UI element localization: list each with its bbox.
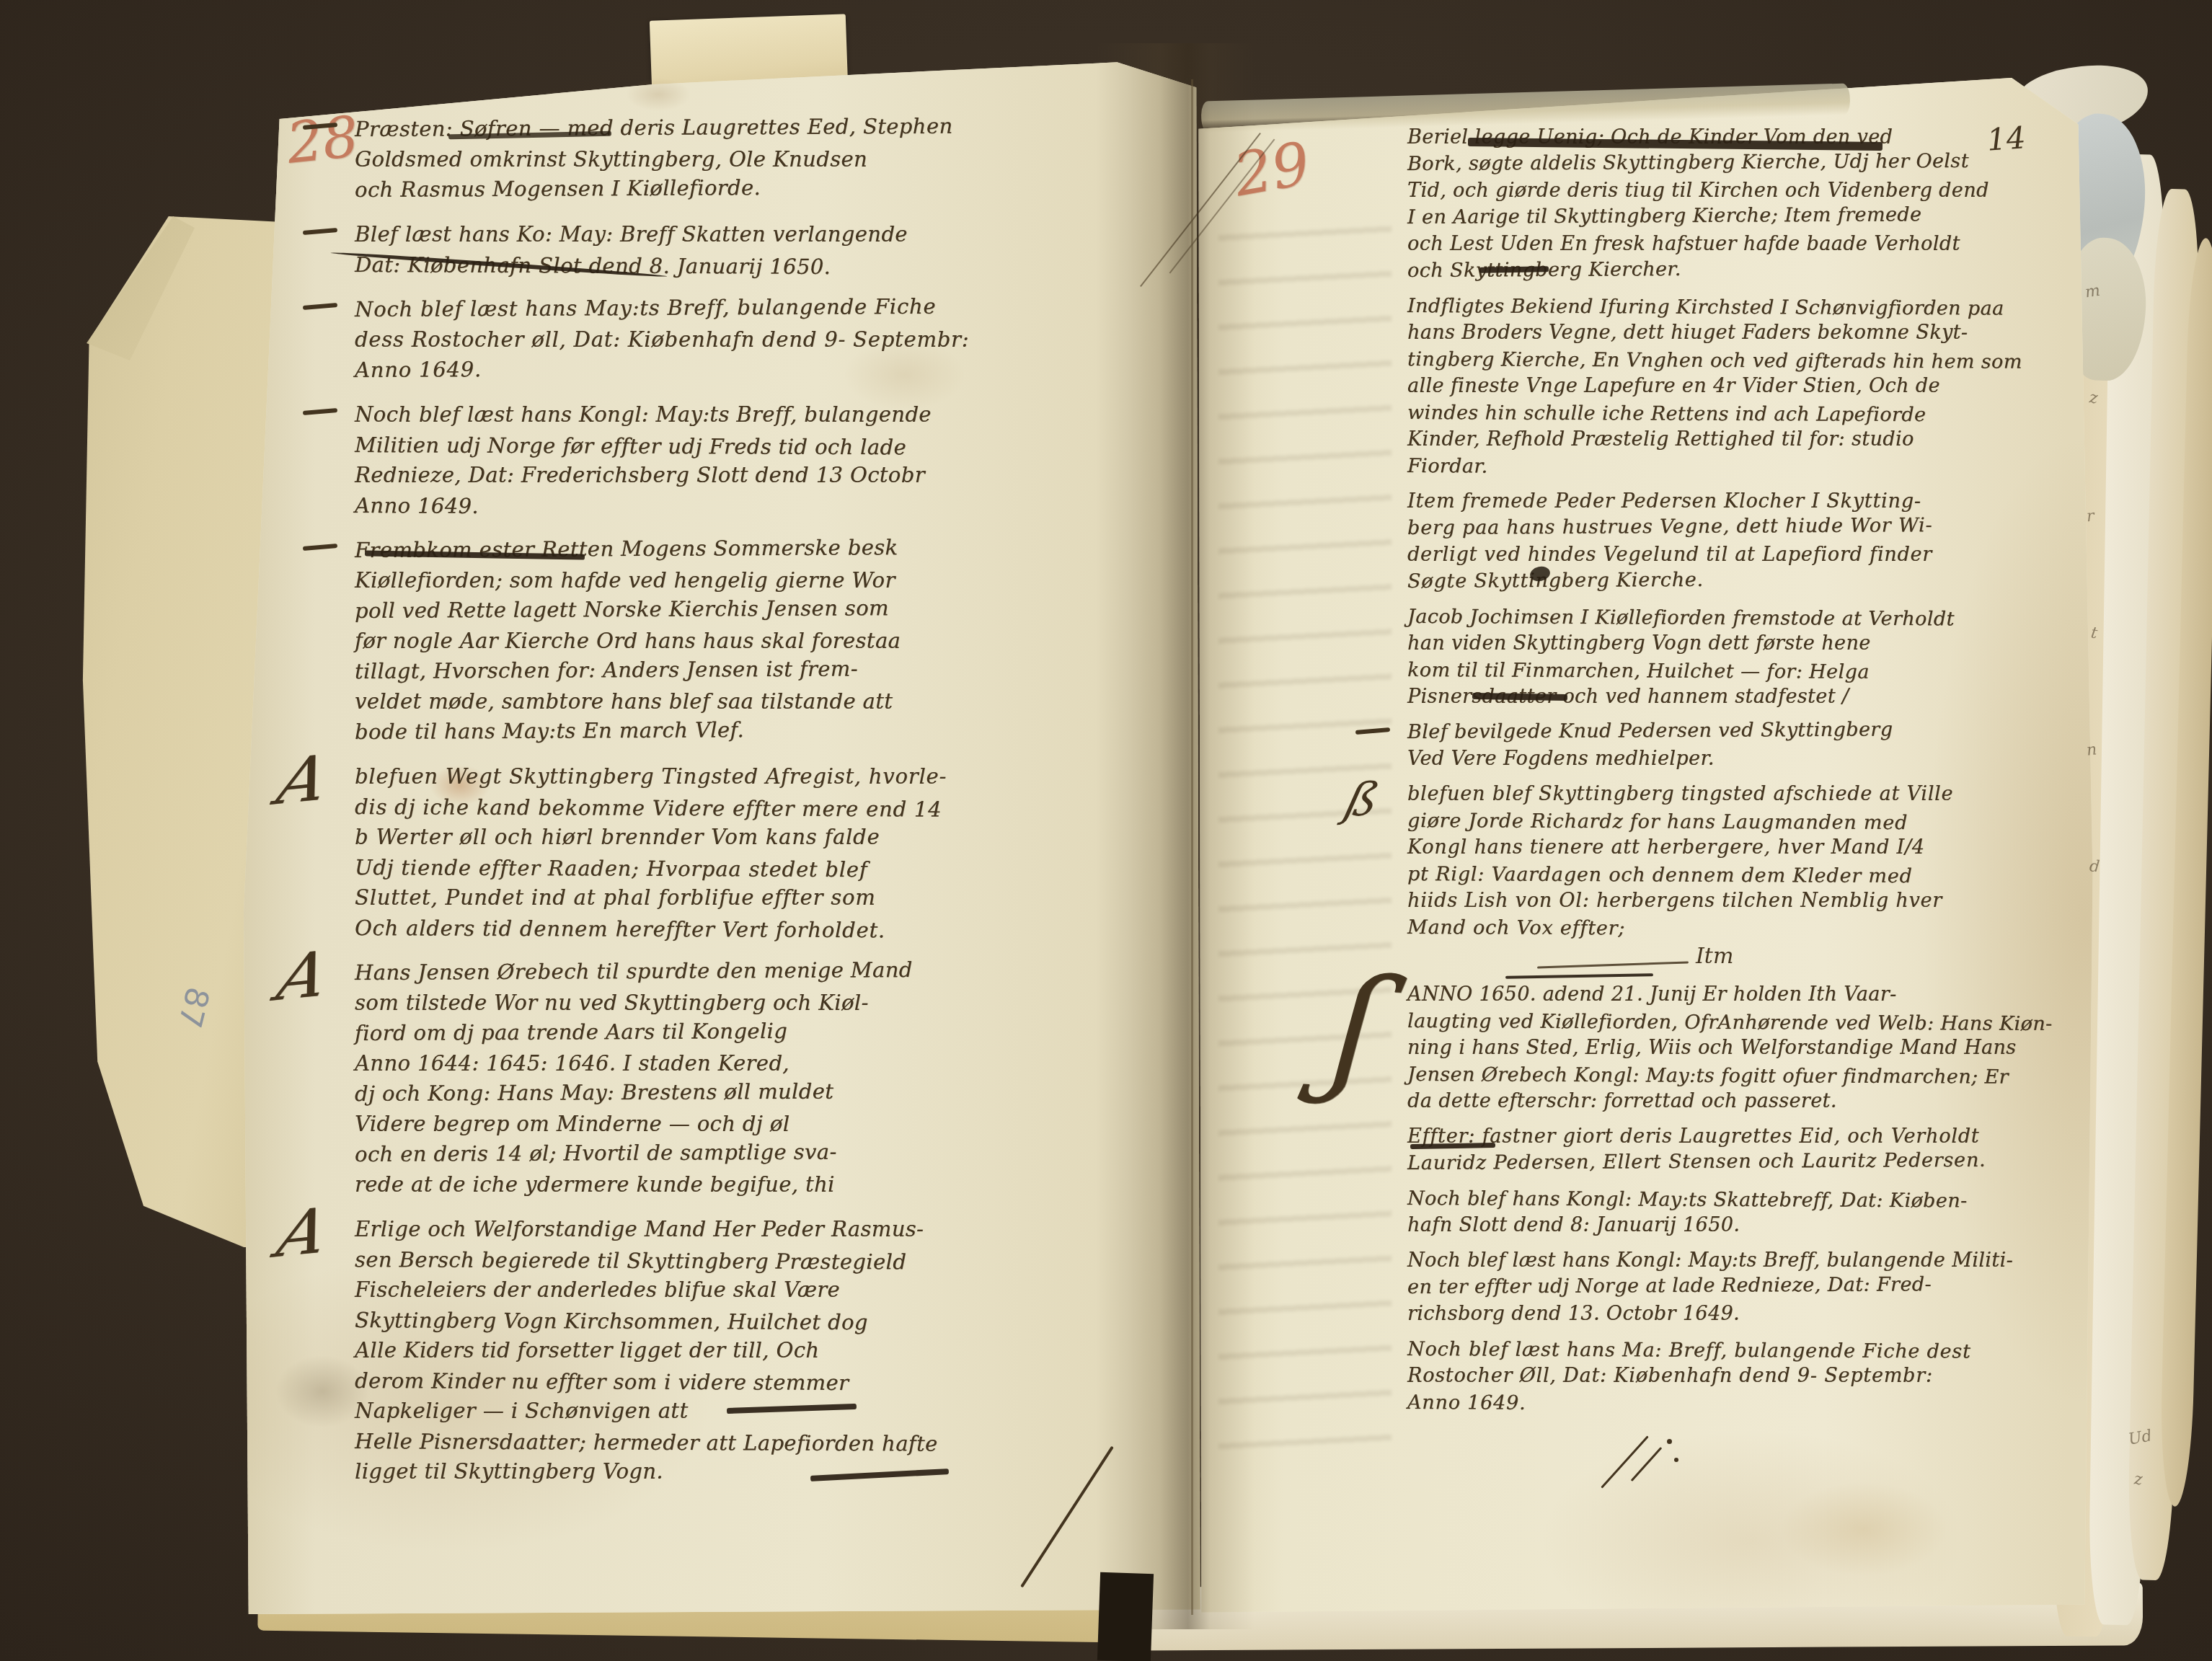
handwritten-line: windes hin schulle iche Rettens ind ach … — [1407, 399, 2121, 429]
handwritten-line: han viden Skyttingberg Vogn dett første … — [1407, 630, 2121, 657]
manuscript-paragraph: Noch blef læst hans Kongl: May:ts Breff,… — [1407, 1247, 2121, 1327]
handwritten-line: Rostocher Øll, Dat: Kiøbenhafn dend 9- S… — [1407, 1363, 2121, 1389]
manuscript-paragraph: AHans Jensen Ørebech til spurdte den men… — [355, 957, 1126, 1200]
handwritten-line: Och alders tid dennem hereffter Vert for… — [355, 913, 1126, 947]
handwritten-line: b Werter øll och hiørl brennder Vom kans… — [355, 822, 1126, 852]
handwritten-line: Helle Pisnersdaatter; hermeder att Lapef… — [355, 1426, 1126, 1460]
handwritten-line: da dette efterschr: forrettad och passer… — [1407, 1088, 2121, 1115]
paper-stain — [626, 78, 691, 111]
left-page-text-column: Præsten: Søfren — med deris Laugrettes E… — [355, 114, 1126, 1501]
handwritten-line: Frembkom ester Retten Mogens Sommerske b… — [355, 531, 1126, 565]
edge-text-fragment: m — [2084, 282, 2101, 302]
manuscript-paragraph: Frembkom ester Retten Mogens Sommerske b… — [355, 535, 1126, 747]
handwritten-line: Fischeleiers der anderledes blifue skal … — [355, 1275, 1126, 1305]
handwritten-line: Blef læst hans Ko: May: Breff Skatten ve… — [355, 219, 1126, 249]
pen-flourish-dot — [1674, 1458, 1678, 1462]
handwritten-line: hafn Slott dend 8: Januarij 1650. — [1407, 1212, 2121, 1239]
separator-label: Itm — [1696, 944, 1733, 969]
paper-stain — [275, 1355, 369, 1427]
manuscript-paragraph: Præsten: Søfren — med deris Laugrettes E… — [355, 114, 1126, 205]
handwritten-line: Noch blef læst hans May:ts Breff, bulang… — [355, 290, 1126, 324]
handwritten-line: pt Rigl: Vaardagen och dennem dem Kleder… — [1407, 861, 2121, 890]
handwritten-line: Ved Vere Fogdens medhielper. — [1407, 745, 2121, 772]
handwritten-line: ning i hans Sted, Erlig, Wiis och Welfor… — [1407, 1035, 2121, 1061]
manuscript-paragraph: AErlige och Welforstandige Mand Her Pede… — [355, 1214, 1126, 1487]
manuscript-photo: 28 29 14 87 Præsten: Søfren — med deris … — [0, 0, 2212, 1661]
handwritten-line: Sluttet, Pundet ind at phal forblifue ef… — [355, 882, 1126, 913]
edge-text-fragment: d — [2089, 857, 2100, 876]
right-page-text-column: Beriel legge Uenig; Och de Kinder Vom de… — [1407, 124, 2121, 1425]
handwritten-line: ligget til Skyttingberg Vogn. — [355, 1456, 1126, 1487]
paper-stain — [1781, 1482, 1947, 1576]
handwritten-line: Skyttingberg Vogn Kirchsommen, Huilchet … — [355, 1305, 1126, 1339]
handwritten-line: Alle Kiders tid forsetter ligget der til… — [355, 1335, 1126, 1365]
handwritten-line: blefuen Wegt Skyttingberg Tingsted Afreg… — [355, 761, 1126, 792]
manuscript-paragraph: Effter: fastner giort deris Laugrettes E… — [1407, 1123, 2121, 1177]
handwritten-line: berg paa hans hustrues Vegne, dett hiude… — [1407, 511, 2121, 541]
handwritten-line: Dat: Kiøbenhafn Slot dend 8. Januarij 16… — [355, 249, 1126, 283]
ink-bleed-through — [1218, 216, 1392, 1478]
ink-strikethrough — [1479, 266, 1549, 273]
handwritten-line: Noch blef hans Kongl: May:ts Skattebreff… — [1407, 1185, 2121, 1215]
handwritten-line: kom til til Finmarchen, Huilchet — for: … — [1407, 657, 2121, 686]
handwritten-line: blefuen blef Skyttingberg tingsted afsch… — [1407, 781, 2121, 807]
handwritten-line: Effter: fastner giort deris Laugrettes E… — [1407, 1123, 2121, 1150]
manuscript-paragraph: Noch blef læst hans Kongl: May:ts Breff,… — [355, 399, 1126, 521]
handwritten-line: Item fremede Peder Pedersen Klocher I Sk… — [1407, 488, 2121, 515]
manuscript-paragraph: Noch blef læst hans May:ts Breff, bulang… — [355, 294, 1126, 385]
handwritten-line: Kongl hans tienere att herbergere, hver … — [1407, 834, 2121, 861]
handwritten-line: giøre Jorde Richardz for hans Laugmanden… — [1407, 807, 2121, 837]
handwritten-line: Rednieze, Dat: Frederichsberg Slott dend… — [355, 460, 1126, 490]
handwritten-line: hans Broders Vegne, dett hiuget Faders b… — [1407, 319, 2121, 346]
manuscript-paragraph: Noch blef hans Kongl: May:ts Skattebreff… — [1407, 1185, 2121, 1239]
handwritten-line: rede at de iche ydermere kunde begifue, … — [355, 1169, 1126, 1200]
handwritten-line: bode til hans May:ts En march Vlef. — [355, 712, 1126, 747]
handwritten-line: Lauridz Pedersen, Ellert Stensen och Lau… — [1407, 1146, 2121, 1177]
book-gutter-crease — [1191, 79, 1193, 1615]
handwritten-line: derom Kinder nu effter som i videre stem… — [355, 1365, 1126, 1399]
handwritten-line: Anno 1644: 1645: 1646. I staden Kered, — [355, 1048, 1126, 1078]
handwritten-line: tillagt, Hvorschen for: Anders Jensen is… — [355, 652, 1126, 686]
manuscript-paragraph: ʃANNO 1650. adend 21. Junij Er holden It… — [1407, 981, 2121, 1115]
handwritten-line: Anno 1649. — [1407, 1389, 2121, 1419]
pen-flourish-dot — [1667, 1439, 1672, 1444]
handwritten-line: ANNO 1650. adend 21. Junij Er holden Ith… — [1407, 981, 2121, 1008]
handwritten-line: laugting ved Kiøllefiorden, OfrAnhørende… — [1407, 1008, 2121, 1037]
handwritten-line: hiids Lish von Ol: herbergens tilchen Ne… — [1407, 887, 2121, 914]
handwritten-line: och en deris 14 øl; Hvortil de samptlige… — [355, 1135, 1126, 1169]
handwritten-line: som tilstede Wor nu ved Skyttingberg och… — [355, 988, 1126, 1018]
manuscript-paragraph: Item fremede Peder Pedersen Klocher I Sk… — [1407, 488, 2121, 595]
handwritten-line: Anno 1649. — [355, 490, 1126, 524]
handwritten-line: Blef bevilgede Knud Pedersen ved Skyttin… — [1407, 715, 2121, 745]
handwritten-line: Præsten: Søfren — med deris Laugrettes E… — [355, 110, 1126, 144]
ink-strikethrough — [1472, 693, 1567, 701]
manuscript-paragraph: Ablefuen Wegt Skyttingberg Tingsted Afre… — [355, 761, 1126, 943]
handwritten-line: Militien udj Norge før effter udj Freds … — [355, 430, 1126, 464]
manuscript-paragraph: ßblefuen blef Skyttingberg tingsted afsc… — [1407, 781, 2121, 941]
handwritten-line: veldet møde, sambtore hans blef saa tils… — [355, 686, 1126, 717]
handwritten-line: Jensen Ørebech Kongl: May:ts fogitt ofue… — [1407, 1061, 2121, 1091]
handwritten-line: Jacob Jochimsen I Kiøllefiorden fremstod… — [1407, 603, 2121, 633]
handwritten-line: fiord om dj paa trende Aars til Kongelig — [355, 1014, 1126, 1048]
handwritten-line: før nogle Aar Kierche Ord hans haus skal… — [355, 626, 1126, 656]
handwritten-line: richsborg dend 13. Octobr 1649. — [1407, 1301, 2121, 1327]
handwritten-line: Hans Jensen Ørebech til spurdte den meni… — [355, 953, 1126, 988]
handwritten-line: och Rasmus Mogensen I Kiøllefiorde. — [355, 170, 1126, 205]
handwritten-line: derligt ved hindes Vegelund til at Lapef… — [1407, 541, 2121, 568]
handwritten-line: sen Bersch begierede til Skyttingberg Pr… — [355, 1244, 1126, 1278]
book-gutter-dark-slot — [1097, 1572, 1154, 1661]
handwritten-line: poll ved Rette lagett Norske Kierchis Je… — [355, 591, 1126, 626]
edge-text-fragment: r — [2086, 508, 2094, 526]
edge-text-fragment: z — [2133, 1471, 2143, 1489]
handwritten-line: tingberg Kierche, En Vnghen och ved gift… — [1407, 346, 2121, 376]
handwritten-line: Mand och Vox effter; — [1407, 914, 2121, 944]
handwritten-line: Noch blef læst hans Kongl: May:ts Breff,… — [1407, 1247, 2121, 1274]
handwritten-line: dj och Kong: Hans May: Brestens øll muld… — [355, 1074, 1126, 1109]
manuscript-paragraph: Blef læst hans Ko: May: Breff Skatten ve… — [355, 219, 1126, 280]
handwritten-line: Tid, och giørde deris tiug til Kirchen o… — [1407, 177, 2121, 204]
handwritten-line: Kiøllefiorden; som hafde ved hengelig gi… — [355, 565, 1126, 595]
manuscript-paragraph: Noch blef læst hans Ma: Breff, bulangend… — [1407, 1336, 2121, 1416]
manuscript-paragraph: Blef bevilgede Knud Pedersen ved Skyttin… — [1407, 719, 2121, 772]
edge-text-fragment: z — [2089, 389, 2099, 407]
handwritten-line: Indfligtes Bekiend Ifuring Kirchsted I S… — [1407, 293, 2121, 322]
section-separator: Itm — [1407, 949, 2121, 974]
handwritten-line: Anno 1649. — [355, 350, 1126, 385]
handwritten-line: Erlige och Welforstandige Mand Her Peder… — [355, 1214, 1126, 1244]
handwritten-line: dess Rostocher øll, Dat: Kiøbenhafn dend… — [355, 324, 1126, 355]
handwritten-line: Noch blef læst hans Ma: Breff, bulangend… — [1407, 1336, 2121, 1365]
handwritten-line: dis dj iche kand bekomme Videre effter m… — [355, 792, 1126, 825]
handwritten-line: Kinder, Refhold Præstelig Rettighed til … — [1407, 426, 2121, 453]
handwritten-line: en ter effter udj Norge at lade Rednieze… — [1407, 1270, 2121, 1301]
handwritten-line: alle fineste Vnge Lapefure en 4r Vider S… — [1407, 373, 2121, 399]
handwritten-line: och Lest Uden En fresk hafstuer hafde ba… — [1407, 231, 2121, 257]
handwritten-line: Fiordar. — [1407, 453, 2121, 482]
handwritten-line: Noch blef læst hans Kongl: May:ts Breff,… — [355, 399, 1126, 430]
handwritten-line: Udj tiende effter Raaden; Hvorpaa stedet… — [355, 852, 1126, 886]
handwritten-line: Videre begrep om Minderne — och dj øl — [355, 1109, 1126, 1139]
handwritten-line: I en Aarige til Skyttingberg Kierche; It… — [1407, 200, 2121, 231]
edge-text-fragment: n — [2086, 740, 2098, 759]
handwritten-line: Goldsmed omkrinst Skyttingberg, Ole Knud… — [355, 144, 1126, 174]
manuscript-paragraph: Indfligtes Bekiend Ifuring Kirchsted I S… — [1407, 293, 2121, 479]
left-folio-number-red-chalk: 28 — [284, 105, 362, 177]
handwritten-line: Bork, søgte aldelis Skyttingberg Kierche… — [1407, 147, 2121, 177]
separator-rule — [1537, 961, 1689, 968]
handwritten-line: Søgte Skyttingberg Kierche. — [1407, 564, 2121, 595]
